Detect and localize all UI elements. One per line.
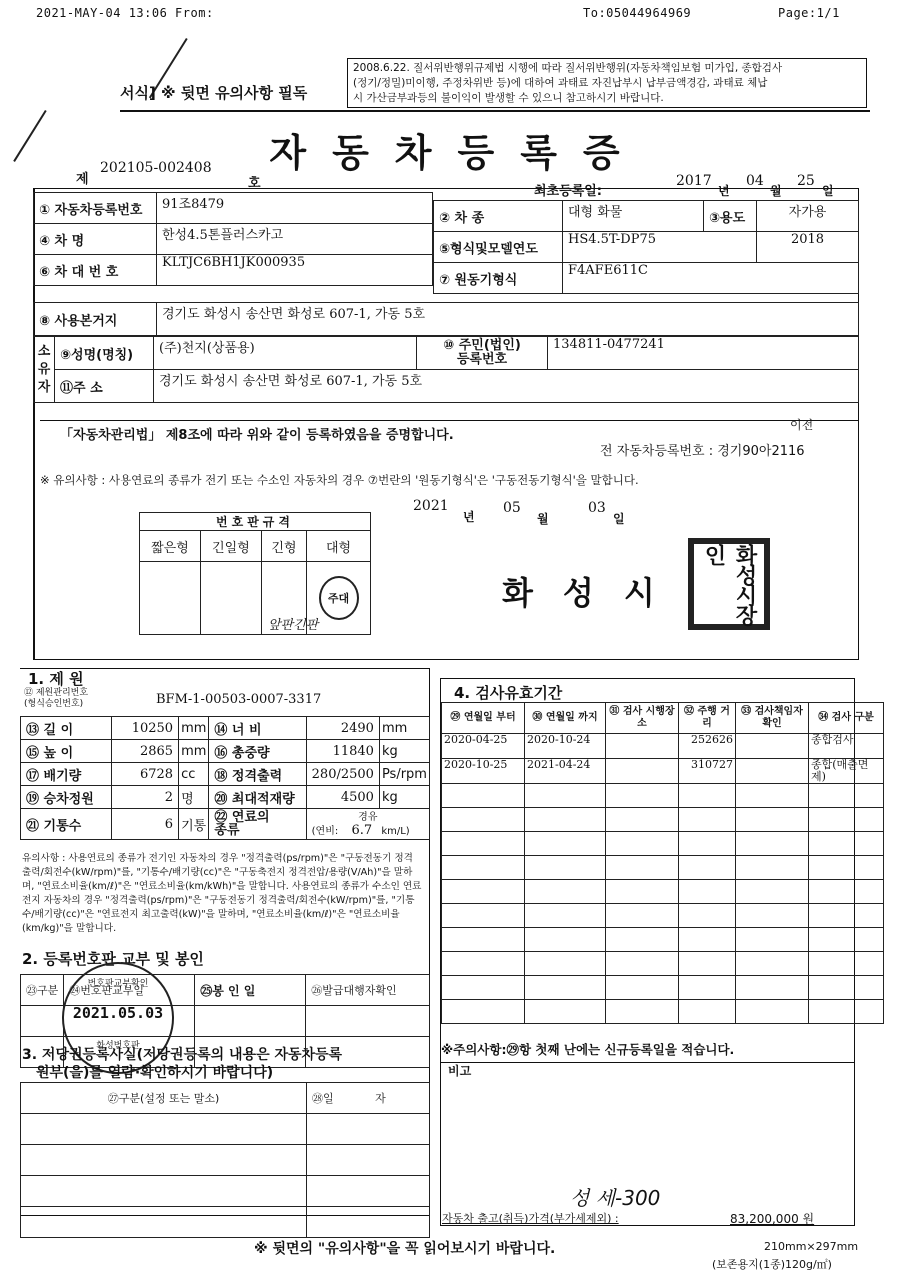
owner-id-label-line1: ⑩ 주민(법인) [422, 339, 542, 353]
spec-value: 6728 [112, 763, 179, 786]
inspection-row [442, 976, 884, 1000]
s3-cell [21, 1114, 307, 1145]
inspection-cell [442, 976, 525, 1000]
spec-label: ⑲ 승차정원 [21, 786, 112, 809]
owner-name-label: ⑨성명(명칭) [55, 337, 154, 370]
reg-no-label: ① 자동차등록번호 [34, 193, 157, 224]
spec-unit: kg [379, 786, 429, 809]
cyl-value: 6 [112, 809, 179, 840]
s3-cell [21, 1145, 307, 1176]
car-name-label: ④ 차 명 [34, 224, 157, 255]
spec-label: ⑰ 배기량 [21, 763, 112, 786]
spec-no-label: ⑫ 제원관리번호 (형식승인번호) [24, 688, 88, 710]
s3-col-type: ㉗구분(설정 또는 말소) [21, 1083, 307, 1114]
inspection-cell [442, 856, 525, 880]
inspection-cell [736, 952, 809, 976]
spec-no-value: BFM-1-00503-0007-3317 [156, 692, 321, 707]
plate-spec-title: 번호판규격 [140, 513, 371, 531]
inspection-cell [736, 856, 809, 880]
inspection-cell: 252626 [679, 734, 736, 759]
owner-id-value: 134811-0477241 [548, 337, 859, 370]
inspection-cell [736, 1000, 809, 1024]
usage-label: ③용도 [704, 201, 757, 232]
inspection-row [442, 808, 884, 832]
price-value: 83,200,000 원 [730, 1210, 814, 1227]
inspection-cell [525, 808, 606, 832]
section3-title: 3. 저당권등록사실(저당권등록의 내용은 자동차등록 원부(을)를 열람·확인… [22, 1046, 342, 1082]
spec-unit: mm [179, 740, 209, 763]
spec-unit: mm [379, 717, 429, 740]
inspection-cell [679, 976, 736, 1000]
plate-col-large: 대형 [307, 531, 371, 562]
s3-cell [307, 1114, 430, 1145]
divider [441, 1062, 854, 1063]
inspection-cell [679, 832, 736, 856]
inspection-header: ㉝ 검사책임자 확인 [736, 703, 809, 734]
owner-address-label: ⑪주 소 [55, 370, 154, 403]
model-year: 2018 [757, 232, 859, 263]
spec-label: ⑬ 길 이 [21, 717, 112, 740]
inspection-cell [525, 880, 606, 904]
inspection-cell [736, 734, 809, 759]
plate-handwritten-note: 앞판긴판 [268, 614, 318, 633]
price-label: 자동차 출고(취득)가격(부가세제외) : [442, 1210, 619, 1226]
section3-title-line2: 원부(을)를 열람·확인하시기 바랍니다) [22, 1064, 342, 1082]
vin-value: KLTJC6BH1JK000935 [157, 255, 433, 286]
inspection-row [442, 880, 884, 904]
inspection-row [442, 856, 884, 880]
car-name-value: 한성4.5톤플러스카고 [157, 224, 433, 255]
stamp-top-text: 번호판교부확인 [64, 976, 172, 989]
inspection-cell [679, 880, 736, 904]
inspection-cell [809, 784, 884, 808]
first-reg-year: 2017 [676, 173, 712, 189]
stamp-date: 2021.05.03 [64, 1004, 172, 1022]
remarks-label: 비고 [448, 1062, 471, 1079]
inspection-cell [809, 856, 884, 880]
inspection-row [442, 928, 884, 952]
spec-value: 2 [112, 786, 179, 809]
inspection-cell [525, 1000, 606, 1024]
inspection-cell [442, 832, 525, 856]
section1-title: 1. 제 원 [28, 668, 84, 689]
spec-row: ⑬ 길 이10250mm⑭ 너 비2490mm [21, 717, 430, 740]
inspection-cell [736, 784, 809, 808]
inspection-cell [525, 976, 606, 1000]
s3-col-date-a: ㉘일 [312, 1092, 334, 1105]
inspection-cell: 2020-04-25 [442, 734, 525, 759]
model-value: HS4.5T-DP75 [563, 232, 757, 263]
fax-datetime: 2021-MAY-04 13:06 From: [36, 6, 214, 20]
prev-reg-top-label: 이전 [790, 416, 813, 433]
first-reg-month: 04 [746, 173, 764, 189]
model-label: ⑤형식및모델연도 [434, 232, 563, 263]
section3-title-line1: 3. 저당권등록사실(저당권등록의 내용은 자동차등록 [22, 1046, 342, 1064]
spec-value: 2865 [112, 740, 179, 763]
issue-year: 2021 [413, 498, 449, 514]
fuel-label: ㉒ 연료의종류 [209, 809, 306, 840]
inspection-row [442, 1000, 884, 1024]
vehicle-info-right: ② 차 종 대형 화물 ③용도 자가용 ⑤형식및모델연도 HS4.5T-DP75… [433, 200, 859, 294]
inspection-cell [679, 952, 736, 976]
base-value: 경기도 화성시 송산면 화성로 607-1, 가동 5호 [157, 303, 859, 336]
vin-label: ⑥ 차 대 번 호 [34, 255, 157, 286]
inspection-cell [679, 1000, 736, 1024]
base-address-row: ⑧ 사용본거지 경기도 화성시 송산면 화성로 607-1, 가동 5호 [33, 302, 859, 336]
spec-label: ⑯ 총중량 [209, 740, 306, 763]
s3-cell [21, 1207, 307, 1238]
fuel-value-cell: 경유(연비: 6.7 km/L) [306, 809, 429, 840]
spec-notice: 유의사항 : 사용연료의 종류가 전기인 자동차의 경우 "정격출력(ps/rp… [22, 852, 422, 936]
inspection-header: ㉙ 연월일 부터 [442, 703, 525, 734]
s3-col-date-b: 자 [375, 1092, 386, 1105]
owner-name-value: (주)천지(상품용) [154, 337, 417, 370]
plate-col-long-one: 긴일형 [200, 531, 261, 562]
s2-col-seal-date: ㉕봉 인 일 [195, 975, 306, 1006]
inspection-row [442, 952, 884, 976]
inspection-cell [809, 976, 884, 1000]
fuel-notice-line: ※ 유의사항 : 사용연료의 종류가 전기 또는 수소인 자동차의 경우 ⑦번란… [40, 472, 639, 488]
inspection-cell [442, 784, 525, 808]
cert-no-value: 202105-002408 [100, 160, 212, 176]
base-label: ⑧ 사용본거지 [34, 303, 157, 336]
owner-group-label: 소유자 [34, 337, 55, 403]
inspection-row [442, 904, 884, 928]
inspection-cell [679, 784, 736, 808]
inspection-cell [679, 856, 736, 880]
inspection-cell [442, 1000, 525, 1024]
inspection-cell [736, 832, 809, 856]
issue-year-unit: 년 [463, 508, 475, 525]
inspection-cell [606, 880, 679, 904]
form-label: 서식] ※ 뒷면 유의사항 필독 [120, 82, 307, 103]
fuel-eff-value: 6.7 [351, 823, 372, 838]
mortgage-table: ㉗구분(설정 또는 말소) ㉘일 자 [20, 1082, 430, 1238]
s2-cell [21, 1006, 64, 1037]
s3-col-date: ㉘일 자 [307, 1083, 430, 1114]
official-seal: 화성시장인 [688, 538, 770, 630]
s2-cell [195, 1006, 306, 1037]
inspection-cell: 310727 [679, 759, 736, 784]
prev-reg-number: 전 자동차등록번호 : 경기90아2116 [600, 440, 805, 459]
spec-row: ㉑ 기통수6기통㉒ 연료의종류경유(연비: 6.7 km/L) [21, 809, 430, 840]
issuer-name: 화성시 [502, 568, 685, 614]
reg-no-value: 91조8479 [157, 193, 433, 224]
plate-stamp: 주대 [319, 576, 359, 620]
plate-col-short: 짧은형 [140, 531, 201, 562]
fuel-eff-label: (연비: [312, 826, 339, 837]
spec-unit: cc [179, 763, 209, 786]
inspection-cell [679, 808, 736, 832]
cyl-unit: 기통 [179, 809, 209, 840]
inspection-header-row: ㉙ 연월일 부터㉚ 연월일 까지㉛ 검사 시행장소㉜ 주행 거리㉝ 검사책임자 … [442, 703, 884, 734]
fuel-label-line2: 종류 [214, 824, 300, 837]
issue-month: 05 [503, 500, 521, 516]
issue-day: 03 [588, 500, 606, 516]
vehicle-info-left: ① 자동차등록번호 91조8479 ④ 차 명 한성4.5톤플러스카고 ⑥ 차 … [33, 192, 433, 286]
inspection-row: 2020-10-252021-04-24310727종합(매출면제) [442, 759, 884, 784]
s2-cell [306, 1006, 430, 1037]
divider [40, 420, 858, 421]
spec-label: ⑮ 높 이 [21, 740, 112, 763]
inspection-cell [736, 976, 809, 1000]
first-reg-day: 25 [797, 173, 815, 189]
inspection-cell [606, 1000, 679, 1024]
inspection-cell [606, 952, 679, 976]
inspection-cell: 2021-04-24 [525, 759, 606, 784]
inspection-cell [606, 734, 679, 759]
inspection-cell [606, 784, 679, 808]
inspection-notice: ※주의사항:㉙항 첫째 난에는 신규등록일을 적습니다. [441, 1040, 734, 1058]
inspection-cell [606, 832, 679, 856]
spec-row: ⑲ 승차정원2명⑳ 최대적재량4500kg [21, 786, 430, 809]
inspection-cell [442, 880, 525, 904]
fuel-eff-unit: km/L) [381, 826, 409, 837]
car-type-label: ② 차 종 [434, 201, 563, 232]
paper-type: (보존용지(1종)120g/㎡) [712, 1256, 832, 1272]
owner-address-value: 경기도 화성시 송산면 화성로 607-1, 가동 5호 [154, 370, 859, 403]
inspection-cell [606, 928, 679, 952]
car-type-value: 대형 화물 [563, 201, 704, 232]
owner-id-label: ⑩ 주민(법인) 등록번호 [417, 337, 548, 370]
certify-text: 「자동차관리법」 제8조에 따라 위와 같이 등록하였음을 증명합니다. [60, 424, 454, 443]
s3-cell [21, 1176, 307, 1207]
inspection-cell [606, 856, 679, 880]
s3-cell [307, 1145, 430, 1176]
plate-col-long: 긴형 [261, 531, 306, 562]
inspection-header: ㉚ 연월일 까지 [525, 703, 606, 734]
inspection-cell [736, 759, 809, 784]
spec-value: 2490 [306, 717, 379, 740]
inspection-cell [679, 904, 736, 928]
inspection-cell [442, 928, 525, 952]
engine-label: ⑦ 원동기형식 [434, 263, 563, 294]
inspection-cell [606, 808, 679, 832]
spec-unit: 명 [179, 786, 209, 809]
plate-cell [140, 562, 201, 635]
footer-notice: ※ 뒷면의 "유의사항"을 꼭 읽어보시기 바랍니다. [254, 1238, 555, 1258]
top-notice-line: (정기/정밀)미이행, 주정차위반 등)에 대하여 과태료 자진납부시 납부금액… [353, 76, 861, 91]
inspection-cell [736, 928, 809, 952]
inspection-cell: 종합(매출면제) [809, 759, 884, 784]
spec-unit: mm [179, 717, 209, 740]
spec-unit: Ps/rpm [379, 763, 429, 786]
spec-value: 280/2500 [306, 763, 379, 786]
usage-value: 자가용 [757, 201, 859, 232]
s3-cell [307, 1207, 430, 1238]
inspection-table: ㉙ 연월일 부터㉚ 연월일 까지㉛ 검사 시행장소㉜ 주행 거리㉝ 검사책임자 … [441, 702, 884, 1024]
header-rule [120, 110, 870, 112]
spec-value: 11840 [306, 740, 379, 763]
fax-recipient: To:05044964969 [583, 6, 691, 20]
plate-spec-table: 번호판규격 짧은형 긴일형 긴형 대형 주대 [139, 512, 371, 635]
inspection-cell [809, 1000, 884, 1024]
inspection-cell [525, 784, 606, 808]
fax-page: Page:1/1 [778, 6, 840, 20]
section4-title: 4. 검사유효기간 [454, 682, 562, 703]
inspection-row [442, 784, 884, 808]
s2-col-agent-confirm: ㉖발급대행자확인 [306, 975, 430, 1006]
spec-row: ⑰ 배기량6728cc⑱ 정격출력280/2500Ps/rpm [21, 763, 430, 786]
cert-no-prefix: 제 [76, 168, 89, 187]
inspection-cell [525, 904, 606, 928]
inspection-cell [442, 808, 525, 832]
spec-value: 10250 [112, 717, 179, 740]
top-notice-line: 시 가산금부과등의 불이익이 발생할 수 있으니 참고하시기 바랍니다. [353, 91, 861, 106]
spec-unit: kg [379, 740, 429, 763]
s3-cell [307, 1176, 430, 1207]
issue-month-unit: 월 [537, 510, 549, 527]
inspection-header: ㉛ 검사 시행장소 [606, 703, 679, 734]
spec-value: 4500 [306, 786, 379, 809]
paper-size: 210mm×297mm [764, 1240, 858, 1253]
inspection-row: 2020-04-252020-10-24252626종합검사 [442, 734, 884, 759]
inspection-cell [442, 952, 525, 976]
inspection-cell [525, 928, 606, 952]
inspection-cell [809, 928, 884, 952]
inspection-cell [679, 928, 736, 952]
fuel-type: 경유 [312, 811, 424, 824]
inspection-row [442, 832, 884, 856]
owner-table: 소유자 ⑨성명(명칭) (주)천지(상품용) ⑩ 주민(법인) 등록번호 134… [33, 336, 859, 403]
spec-table: ⑬ 길 이10250mm⑭ 너 비2490mm⑮ 높 이2865mm⑯ 총중량1… [20, 716, 430, 840]
s2-col-category: ㉓구분 [21, 975, 64, 1006]
inspection-header: ㉜ 주행 거리 [679, 703, 736, 734]
inspection-cell [736, 880, 809, 904]
inspection-cell [606, 759, 679, 784]
cyl-label: ㉑ 기통수 [21, 809, 112, 840]
spec-label: ⑱ 정격출력 [209, 763, 306, 786]
inspection-cell [606, 976, 679, 1000]
issue-day-unit: 일 [613, 510, 625, 527]
inspection-header: ㉞ 검사 구분 [809, 703, 884, 734]
inspection-cell: 2020-10-25 [442, 759, 525, 784]
top-notice-box: 2008.6.22. 질서위반행위규제법 시행에 따라 질서위반행위(자동차책임… [347, 58, 867, 108]
inspection-cell [809, 952, 884, 976]
inspection-cell [809, 880, 884, 904]
inspection-cell [442, 904, 525, 928]
spec-no-label-line1: ⑫ 제원관리번호 [24, 688, 88, 699]
top-notice-line: 2008.6.22. 질서위반행위규제법 시행에 따라 질서위반행위(자동차책임… [353, 61, 861, 76]
spec-no-label-line2: (형식승인번호) [24, 699, 88, 710]
inspection-cell: 2020-10-24 [525, 734, 606, 759]
inspection-cell [736, 904, 809, 928]
spec-label: ⑳ 최대적재량 [209, 786, 306, 809]
inspection-cell [525, 856, 606, 880]
inspection-cell: 종합검사 [809, 734, 884, 759]
spec-row: ⑮ 높 이2865mm⑯ 총중량11840kg [21, 740, 430, 763]
plate-cell [200, 562, 261, 635]
owner-id-label-line2: 등록번호 [422, 353, 542, 367]
inspection-cell [736, 808, 809, 832]
handwritten-note: 성 세-300 [570, 1182, 660, 1211]
inspection-cell [525, 832, 606, 856]
spec-label: ⑭ 너 비 [209, 717, 306, 740]
inspection-cell [809, 832, 884, 856]
engine-value: F4AFE611C [563, 263, 859, 294]
inspection-cell [525, 952, 606, 976]
inspection-cell [809, 808, 884, 832]
inspection-cell [809, 904, 884, 928]
inspection-cell [606, 904, 679, 928]
